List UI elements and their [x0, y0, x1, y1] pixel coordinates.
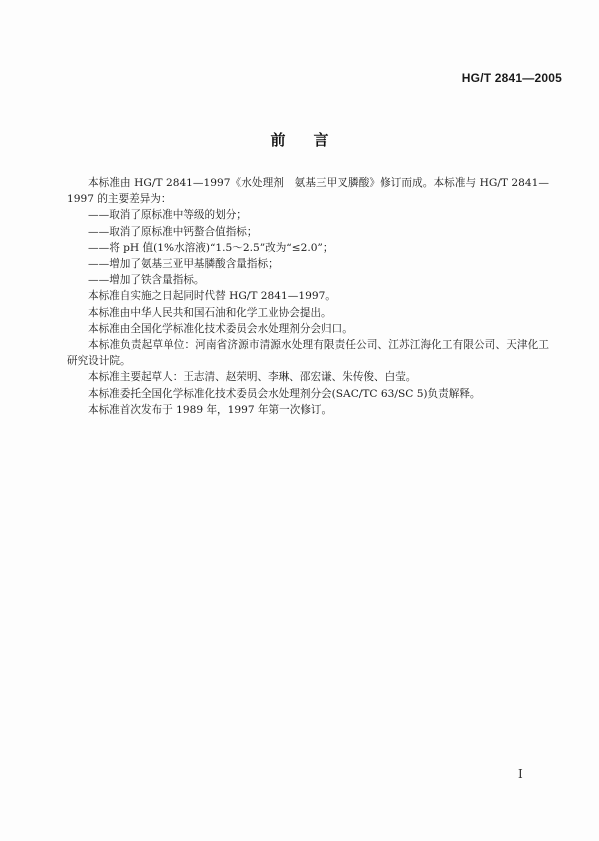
intro-paragraph: 本标准由 HG/T 2841—1997《水处理剂 氨基三甲叉膦酸》修订而成。本标…	[67, 175, 549, 207]
difference-item: ——增加了铁含量指标。	[67, 272, 549, 288]
replacement-paragraph: 本标准自实施之日起同时代替 HG/T 2841—1997。	[67, 288, 549, 304]
difference-item: ——将 pH 值(1%水溶液)“1.5～2.5”改为“≤2.0”；	[67, 240, 549, 256]
drafters-paragraph: 本标准主要起草人：王志清、赵荣明、李琳、邵宏谦、朱传俊、白莹。	[67, 369, 549, 385]
administrator-paragraph: 本标准由全国化学标准化技术委员会水处理剂分会归口。	[67, 321, 549, 337]
standard-code: HG/T 2841—2005	[462, 71, 562, 85]
drafting-units-paragraph: 本标准负责起草单位：河南省济源市清源水处理有限责任公司、江苏江海化工有限公司、天…	[67, 337, 549, 369]
foreword-body: 本标准由 HG/T 2841—1997《水处理剂 氨基三甲叉膦酸》修订而成。本标…	[67, 175, 549, 418]
difference-item: ——取消了原标准中钙螯合值指标；	[67, 224, 549, 240]
page-number: I	[518, 767, 523, 781]
history-paragraph: 本标准首次发布于 1989 年，1997 年第一次修订。	[67, 402, 549, 418]
document-page: HG/T 2841—2005 前言 本标准由 HG/T 2841—1997《水处…	[0, 0, 599, 841]
difference-item: ——增加了氨基三亚甲基膦酸含量指标；	[67, 256, 549, 272]
page-title: 前言	[0, 129, 599, 150]
difference-item: ——取消了原标准中等级的划分；	[67, 207, 549, 223]
interpretation-paragraph: 本标准委托全国化学标准化技术委员会水处理剂分会(SAC/TC 63/SC 5)负…	[67, 386, 549, 402]
proposer-paragraph: 本标准由中华人民共和国石油和化学工业协会提出。	[67, 305, 549, 321]
